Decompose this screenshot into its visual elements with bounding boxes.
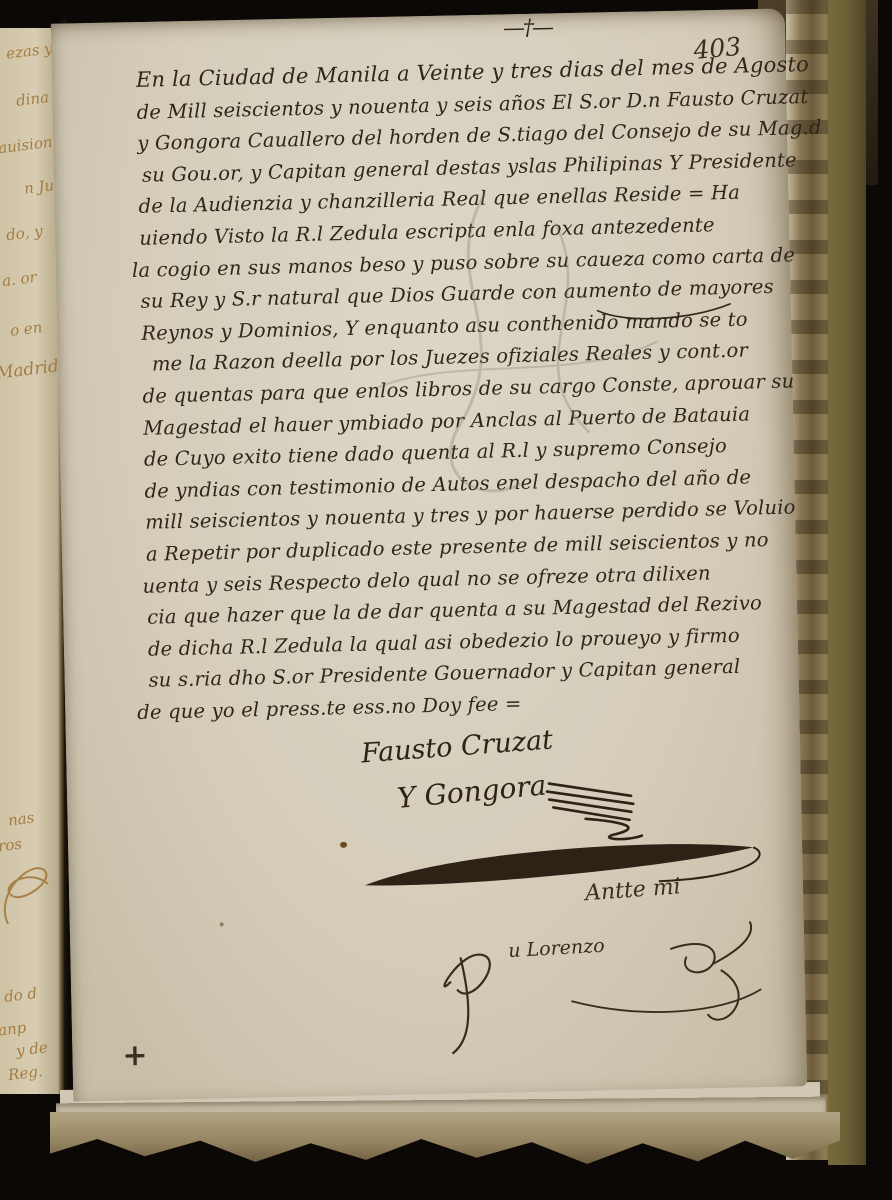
- escribano-rubric-flourish: [419, 905, 782, 1063]
- margin-fragment: a. or: [1, 268, 38, 290]
- margin-fragment: Madrid: [0, 356, 60, 384]
- margin-fragment: nas: [7, 808, 35, 829]
- attestation-ante-mi: Antte mi: [584, 874, 681, 906]
- margin-fragment: anp: [0, 1018, 27, 1039]
- margin-fragment: ros: [0, 835, 23, 856]
- signature-escribano: u Lorenzo: [508, 935, 605, 962]
- invocation-cross-icon: —†—: [503, 15, 553, 41]
- deckled-page-edges: [50, 1112, 840, 1164]
- margin-fragment: o en: [9, 318, 43, 340]
- manuscript-page: —†— 403 En la Ciudad de Manila a Veinte …: [51, 8, 807, 1101]
- margin-fragment: do, y: [5, 222, 44, 244]
- signature-rubric-scribble: [545, 773, 666, 845]
- margin-fragment: n Ju: [23, 176, 55, 198]
- margin-flourish: [0, 854, 62, 934]
- signature-paraph-stroke: [358, 833, 779, 898]
- margin-fragment: dina: [15, 88, 50, 110]
- book-fore-edge: [828, 0, 866, 1165]
- margin-fragment: ezas y: [5, 39, 54, 63]
- ink-speck: [340, 842, 347, 848]
- signature-governor-surname: Y Gongora: [396, 768, 548, 814]
- margin-fragment: y de: [15, 1038, 49, 1060]
- margin-fragment: do d: [3, 984, 38, 1006]
- pencil-ghost-strokes: [254, 180, 721, 530]
- margin-fragment: auision: [0, 133, 53, 158]
- ink-speck: [682, 571, 685, 574]
- signature-governor: Fausto Cruzat: [360, 724, 554, 769]
- ink-speck: [220, 922, 224, 926]
- margin-fragment: Reg.: [7, 1062, 43, 1084]
- manuscript-photo: { "folio": { "number": "403", "invocatio…: [0, 0, 892, 1200]
- verification-cross-mark: +: [122, 1038, 148, 1074]
